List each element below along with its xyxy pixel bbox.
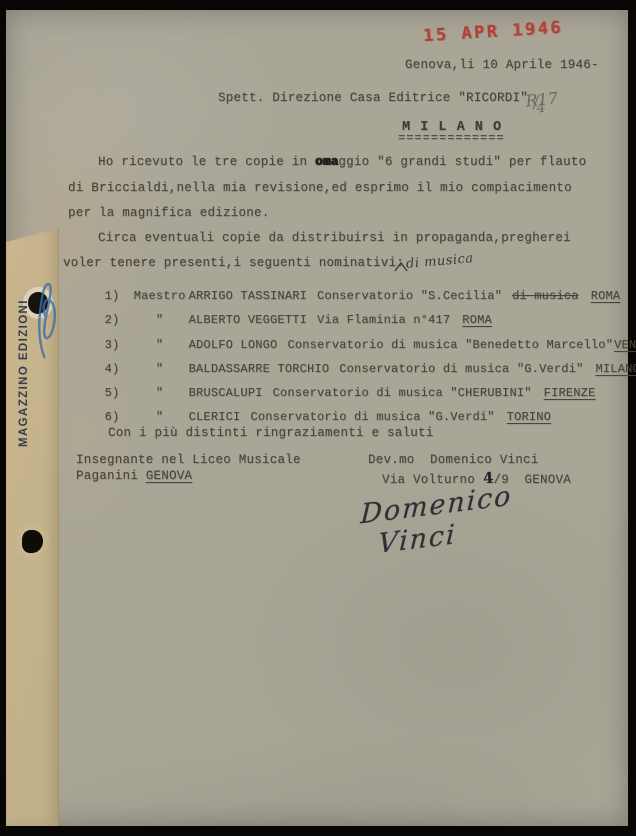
sender-city-line: Paganini GENOVA — [76, 469, 192, 483]
pencil-note: R17 4 — [525, 88, 560, 117]
magazzino-edizioni-stamp: MAGAZZINO EDIZIONI — [18, 299, 30, 447]
paragraph-1-line-3: per la magnifica edizione. — [68, 206, 270, 220]
paragraph-1-line-2: di Briccialdi,nella mia revisione,ed esp… — [68, 181, 572, 195]
strikethrough-text: di musica — [512, 289, 579, 303]
recipient-detail: Conservatorio di musica "G.Verdi" — [250, 410, 494, 424]
sender-role-line: Insegnante nel Liceo Musicale — [76, 453, 301, 467]
street-text: Via Volturno — [382, 473, 483, 487]
paragraph-1-line-1: Ho ricevuto le tre copie in omaggio "6 g… — [98, 155, 586, 169]
recipient-city: MILANO — [595, 362, 636, 376]
letter-paper: MAGAZZINO EDIZIONI 15 APR 1946 Genova,li… — [6, 10, 628, 826]
sender-name-line: Dev.mo Domenico Vinci — [368, 453, 539, 467]
handwritten-insertion: di musica — [405, 251, 474, 272]
paragraph-2-line-2: voler tenere presenti,i seguenti nominat… — [63, 256, 404, 270]
recipient-city: FIRENZE — [544, 386, 596, 400]
addressee-line: Spett. Direzione Casa Editrice "RICORDI" — [218, 91, 528, 105]
city-underline: ============= — [398, 131, 505, 145]
recipient-city: TORINO — [507, 410, 551, 424]
closing-line: Con i più distinti ringraziamenti e salu… — [108, 426, 434, 440]
recipient-name: CLERICI — [189, 410, 241, 424]
ditto-mark: " — [131, 410, 189, 424]
overtyped-correction: oma — [315, 155, 338, 169]
sender-city: GENOVA — [146, 469, 193, 483]
caret-insertion-icon — [394, 262, 408, 272]
row-number: 6) — [105, 410, 131, 424]
received-date-stamp: 15 APR 1946 — [423, 18, 564, 47]
paragraph-2-line-1: Circa eventuali copie da distribuirsi in… — [98, 231, 571, 245]
para1-text-a: Ho ricevuto le tre copie in — [98, 155, 315, 169]
sender-school: Paganini — [76, 469, 146, 483]
dateline: Genova,li 10 Aprile 1946- — [405, 58, 599, 72]
para1-text-b: ggio "6 grandi studi" per flauto — [338, 155, 586, 169]
recipient-city: ROMA — [591, 289, 621, 303]
